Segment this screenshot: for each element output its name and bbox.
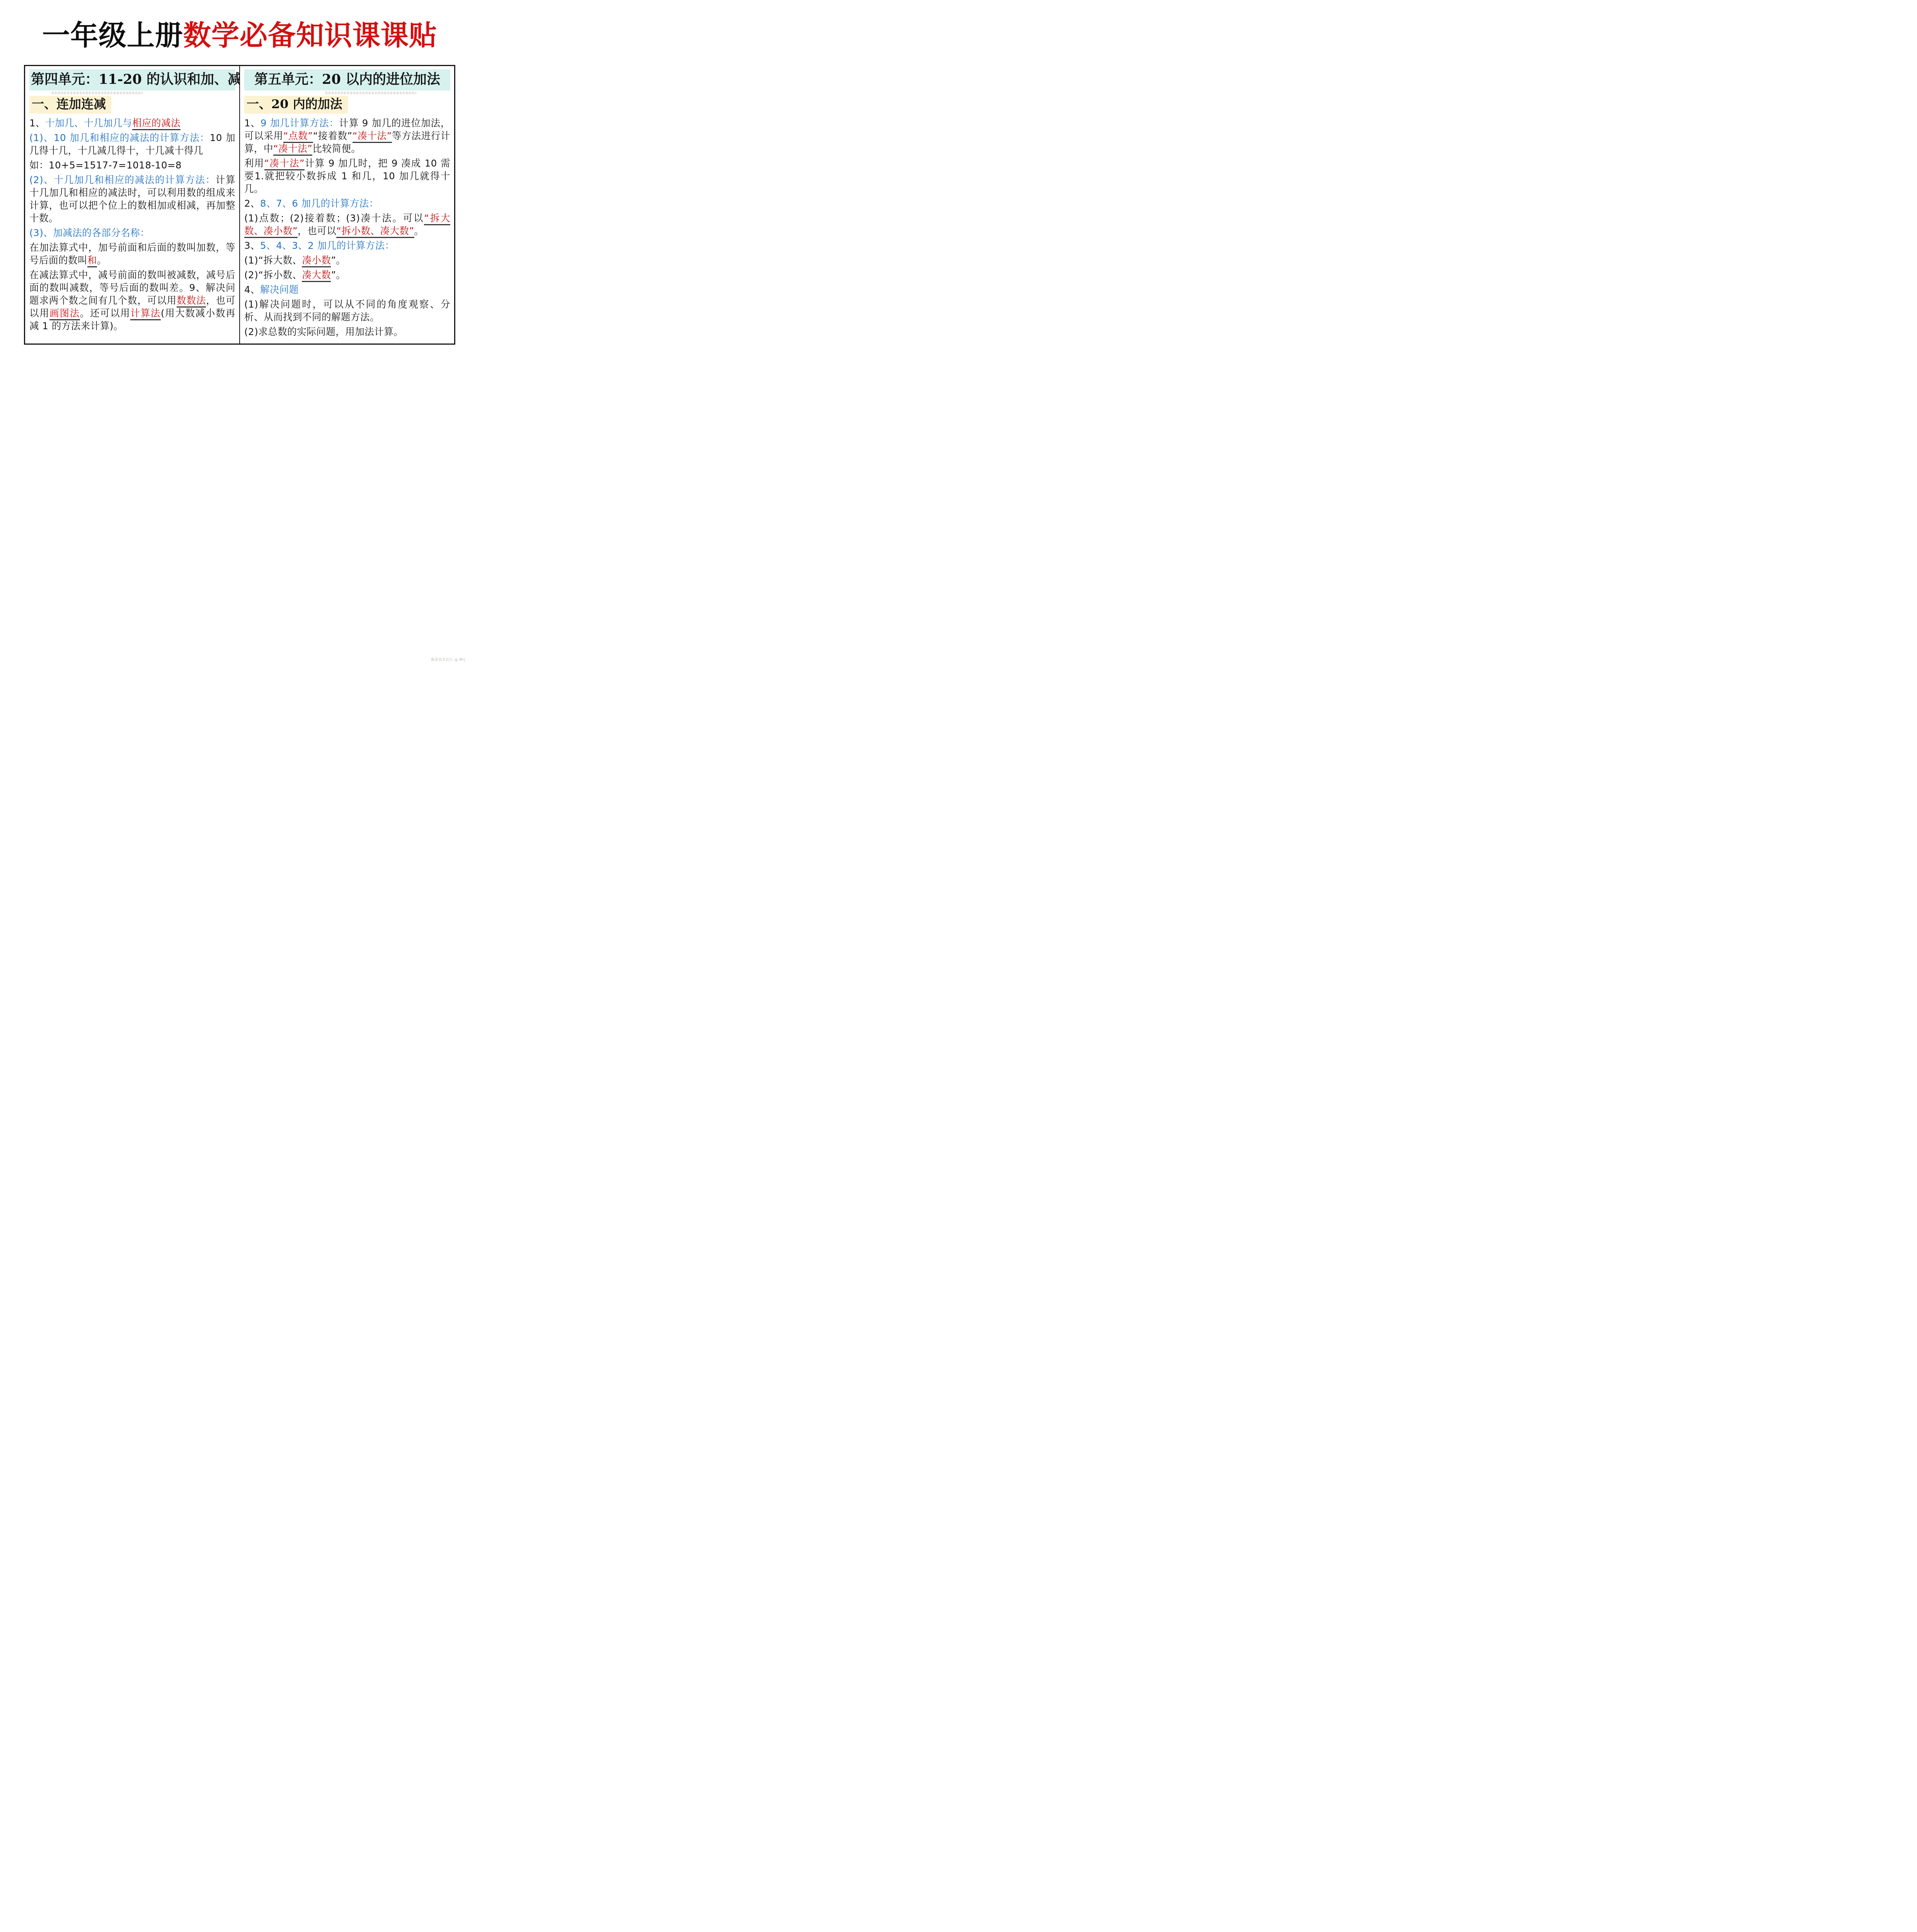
page-title: 一年级上册数学必备知识课课贴 [8,20,472,50]
paragraph: 4、解决问题 [244,283,450,296]
paragraph: (2)“拆小数、凑大数”。 [244,269,450,281]
text-segment: 。 [414,225,424,236]
text-segment: (2)、十几加几和相应的减法的计算方法： [29,174,216,185]
text-segment: “凑十法” [352,130,392,143]
text-segment: 1、 [244,117,260,129]
paragraph: 2、8、7、6 加几的计算方法： [244,197,450,210]
unit5-section-title: 一、20 内的加法 [244,96,348,114]
text-segment: 凑大数 [302,269,331,282]
page-title-black: 一年级上册 [42,19,183,51]
text-segment: “点数” [283,130,313,143]
text-segment: 凑小数 [302,255,331,267]
paragraph: 利用“凑十法”计算 9 加几时，把 9 凑成 10 需要1.就把较小数拆成 1 … [244,157,450,195]
paragraph: 1、9 加几计算方法：计算 9 加几的进位加法，可以采用“点数”“接着数”“凑十… [244,117,450,155]
text-segment: 4、 [244,284,260,295]
text-segment: ，也可以 [298,225,336,236]
text-segment: (1)解决问题时，可以从不同的角度观察、分析、从而找到不同的解题方法。 [244,299,450,323]
paragraph: 3、5、4、3、2 加几的计算方法： [244,239,450,252]
paragraph: (1)点数；(2)接着数；(3)凑十法。可以“拆大数、凑小数”，也可以“拆小数、… [244,212,450,237]
text-segment: 。还可以用 [80,308,131,319]
text-segment: “拆小数、凑大数” [336,225,414,238]
site-watermark: 掘金技术社区 @ Mrj [431,657,465,662]
unit5-body: 1、9 加几计算方法：计算 9 加几的进位加法，可以采用“点数”“接着数”“凑十… [244,117,450,338]
paragraph: (3)、加减法的各部分名称： [29,226,235,239]
worksheet-page: { "title":{"black":"一年级上册","red":"数学必备知识… [0,0,479,678]
text-segment: (1)“拆大数、 [244,255,302,266]
text-segment: 比较简便。 [312,143,361,154]
text-segment: 画图法 [49,308,80,320]
knowledge-table: 第四单元：11-20 的认识和加、减法 一、连加连减 1、十加几、十几加几与相应… [24,65,455,345]
text-segment: ”。 [331,269,346,281]
unit4-header: 第四单元：11-20 的认识和加、减法 [29,69,235,90]
text-segment: (1)点数；(2)接着数；(3)凑十法。可以 [244,213,424,224]
paragraph: (1)、10 加几和相应的减法的计算方法：10 加几得十几，十几减几得十，十几减… [29,131,235,157]
text-segment: ”。 [331,255,346,266]
column-unit5: 第五单元：20 以内的进位加法 一、20 内的加法 1、9 加几计算方法：计算 … [240,66,454,344]
paragraph: (2)求总数的实际问题，用加法计算。 [244,325,450,338]
text-segment: 计算法 [130,308,160,320]
page-title-red: 数学必备知识课课贴 [183,19,437,51]
text-segment: (2)“拆小数、 [244,269,302,281]
unit4-section-title: 一、连加连减 [29,96,111,114]
paragraph: 在加法算式中，加号前面和后面的数叫加数，等号后面的数叫和。 [29,241,235,267]
text-segment: 十加几、十几加几与 [45,117,132,129]
text-segment: 数数法 [177,295,206,308]
unit5-header: 第五单元：20 以内的进位加法 [244,69,450,90]
text-segment: 和 [87,255,97,267]
text-segment: 。 [97,255,107,266]
text-segment: (1)、10 加几和相应的减法的计算方法： [29,132,210,143]
text-segment: 1、 [29,117,45,129]
text-segment: (3)、加减法的各部分名称： [29,227,150,238]
faint-watermark-strip [52,92,143,94]
text-segment: 相应的减法 [132,117,180,130]
text-segment: 利用 [244,158,264,169]
paragraph: (1)“拆大数、凑小数”。 [244,254,450,267]
text-segment: 5、4、3、2 加几的计算方法： [260,240,395,251]
unit4-body: 1、十加几、十几加几与相应的减法(1)、10 加几和相应的减法的计算方法：10 … [29,117,235,332]
paragraph: (1)解决问题时，可以从不同的角度观察、分析、从而找到不同的解题方法。 [244,298,450,323]
faint-watermark-strip [325,92,416,94]
text-segment: “凑十法” [273,143,312,156]
text-segment: 如：10+5=1517-7=1018-10=8 [29,160,182,171]
text-segment: 8、7、6 加几的计算方法： [260,198,379,209]
paragraph: 如：10+5=1517-7=1018-10=8 [29,159,235,172]
column-unit4: 第四单元：11-20 的认识和加、减法 一、连加连减 1、十加几、十几加几与相应… [25,66,240,344]
text-segment: 9 加几计算方法： [260,117,339,129]
text-segment: (2)求总数的实际问题，用加法计算。 [244,326,403,337]
text-segment: 解决问题 [260,284,299,295]
text-segment: 在加法算式中，加号前面和后面的数叫加数，等号后面的数叫 [29,242,235,266]
text-segment: “凑十法” [264,158,305,170]
paragraph: 在减法算式中，减号前面的数叫被减数，减号后面的数叫减数，等号后面的数叫差。9、解… [29,269,235,332]
text-segment: “接着数” [313,130,352,141]
paragraph: (2)、十几加几和相应的减法的计算方法：计算十几加几和相应的减法时，可以利用数的… [29,173,235,224]
text-segment: 2、 [244,198,260,209]
text-segment: 3、 [244,240,260,251]
paragraph: 1、十加几、十几加几与相应的减法 [29,117,235,129]
